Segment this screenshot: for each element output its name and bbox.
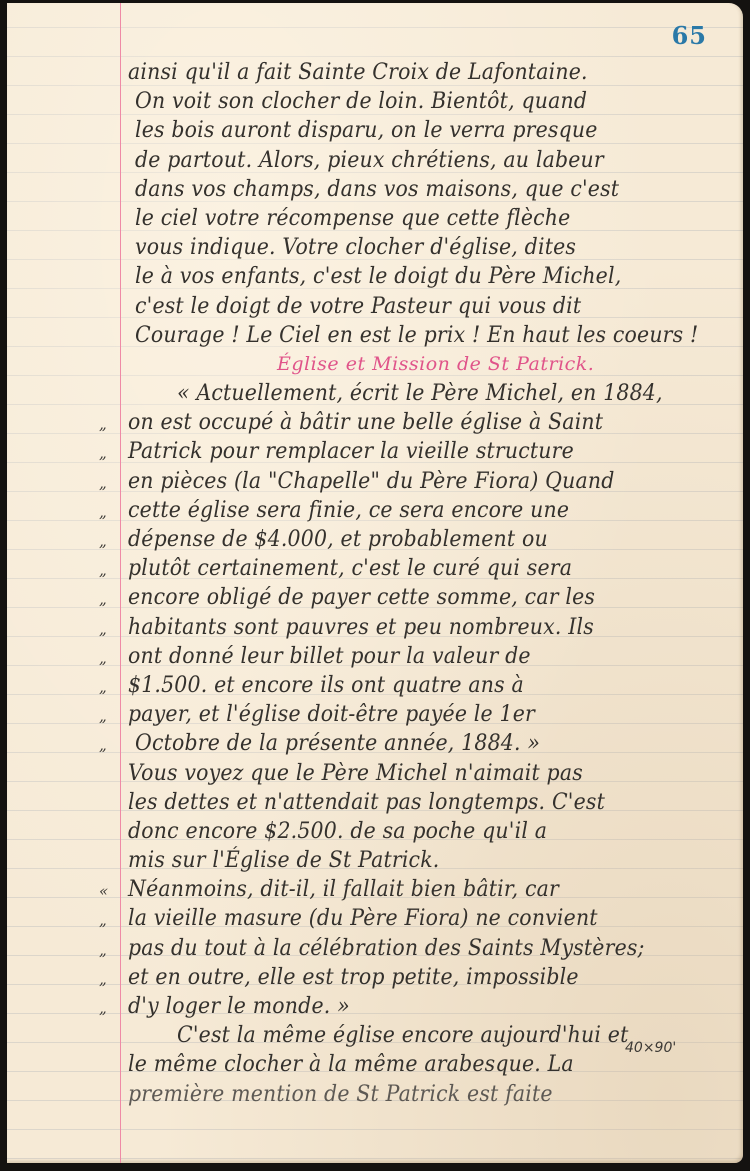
line-text: Vous voyez que le Père Michel n'aimait p… bbox=[128, 759, 583, 788]
page-number: 65 bbox=[672, 21, 707, 50]
line-text: le ciel votre récompense que cette flèch… bbox=[135, 204, 570, 233]
text-line: Courage ! Le Ciel en est le prix ! En ha… bbox=[7, 321, 743, 350]
line-text: le à vos enfants, c'est le doigt du Père… bbox=[135, 262, 621, 291]
line-text: ont donné leur billet pour la valeur de bbox=[128, 642, 531, 671]
section-heading-line: Église et Mission de St Patrick. bbox=[7, 350, 743, 379]
line-text: plutôt certainement, c'est le curé qui s… bbox=[128, 554, 572, 583]
line-text: « Actuellement, écrit le Père Michel, en… bbox=[177, 379, 663, 408]
text-line: „Patrick pour remplacer la vieille struc… bbox=[7, 437, 743, 466]
line-text: d'y loger le monde. » bbox=[128, 992, 350, 1021]
text-line: „la vieille masure (du Père Fiora) ne co… bbox=[7, 904, 743, 933]
text-line: les bois auront disparu, on le verra pre… bbox=[7, 116, 743, 145]
line-text: mis sur l'Église de St Patrick. bbox=[128, 846, 439, 875]
line-text: cette église sera finie, ce sera encore … bbox=[128, 496, 569, 525]
ditto-mark: „ bbox=[99, 615, 107, 644]
text-line: Vous voyez que le Père Michel n'aimait p… bbox=[7, 759, 743, 788]
text-line: „$1.500. et encore ils ont quatre ans à bbox=[7, 671, 743, 700]
ditto-mark: „ bbox=[99, 731, 107, 760]
line-text: dépense de $4.000, et probablement ou bbox=[128, 525, 548, 554]
text-line: On voit son clocher de loin. Bientôt, qu… bbox=[7, 87, 743, 116]
text-line: vous indique. Votre clocher d'église, di… bbox=[7, 233, 743, 262]
line-text: pas du tout à la célébration des Saints … bbox=[128, 934, 645, 963]
line-text: et en outre, elle est trop petite, impos… bbox=[128, 963, 579, 992]
ditto-mark: „ bbox=[99, 410, 107, 439]
text-line: donc encore $2.500. de sa poche qu'il a bbox=[7, 817, 743, 846]
line-text: première mention de St Patrick est faite bbox=[128, 1080, 553, 1109]
text-line: „encore obligé de payer cette somme, car… bbox=[7, 583, 743, 612]
text-line: „en pièces (la "Chapelle" du Père Fiora)… bbox=[7, 467, 743, 496]
text-line: première mention de St Patrick est faite bbox=[7, 1080, 743, 1109]
line-text: c'est le doigt de votre Pasteur qui vous… bbox=[135, 292, 581, 321]
line-text: vous indique. Votre clocher d'église, di… bbox=[135, 233, 576, 262]
line-text: donc encore $2.500. de sa poche qu'il a bbox=[128, 817, 547, 846]
ditto-mark: „ bbox=[99, 439, 107, 468]
line-text: On voit son clocher de loin. Bientôt, qu… bbox=[135, 87, 587, 116]
ditto-mark: „ bbox=[99, 469, 107, 498]
text-line: „on est occupé à bâtir une belle église … bbox=[7, 408, 743, 437]
line-text: Néanmoins, dit-il, il fallait bien bâtir… bbox=[128, 875, 559, 904]
ditto-mark: „ bbox=[99, 585, 107, 614]
line-text: Courage ! Le Ciel en est le prix ! En ha… bbox=[135, 321, 698, 350]
ditto-mark: „ bbox=[99, 906, 107, 935]
text-line: „Octobre de la présente année, 1884. » bbox=[7, 729, 743, 758]
text-line: les dettes et n'attendait pas longtemps.… bbox=[7, 788, 743, 817]
ditto-mark: „ bbox=[99, 936, 107, 965]
ditto-mark: „ bbox=[99, 994, 107, 1023]
line-text: payer, et l'église doit-être payée le 1e… bbox=[128, 700, 535, 729]
line-text: le même clocher à la même arabesque. La bbox=[128, 1050, 574, 1079]
line-text: dans vos champs, dans vos maisons, que c… bbox=[135, 175, 619, 204]
line-text: la vieille masure (du Père Fiora) ne con… bbox=[128, 904, 598, 933]
ditto-mark: „ bbox=[99, 556, 107, 585]
line-text: Patrick pour remplacer la vieille struct… bbox=[128, 437, 574, 466]
text-line: dans vos champs, dans vos maisons, que c… bbox=[7, 175, 743, 204]
text-line: „cette église sera finie, ce sera encore… bbox=[7, 496, 743, 525]
line-text: C'est la même église encore aujourd'hui … bbox=[177, 1021, 629, 1050]
line-text: habitants sont pauvres et peu nombreux. … bbox=[128, 613, 594, 642]
ditto-mark: „ bbox=[99, 644, 107, 673]
line-text: en pièces (la "Chapelle" du Père Fiora) … bbox=[128, 467, 615, 496]
dimension-annotation: 40×90' bbox=[625, 1034, 676, 1063]
line-text: ainsi qu'il a fait Sainte Croix de Lafon… bbox=[128, 58, 588, 87]
notebook-page: 65 ainsi qu'il a fait Sainte Croix de La… bbox=[7, 3, 743, 1163]
line-text: les bois auront disparu, on le verra pre… bbox=[135, 116, 598, 145]
text-line: le ciel votre récompense que cette flèch… bbox=[7, 204, 743, 233]
text-line: „et en outre, elle est trop petite, impo… bbox=[7, 963, 743, 992]
line-text: Octobre de la présente année, 1884. » bbox=[135, 729, 540, 758]
text-line: de partout. Alors, pieux chrétiens, au l… bbox=[7, 146, 743, 175]
text-line: „habitants sont pauvres et peu nombreux.… bbox=[7, 613, 743, 642]
text-line: «Néanmoins, dit-il, il fallait bien bâti… bbox=[7, 875, 743, 904]
text-line: „d'y loger le monde. » bbox=[7, 992, 743, 1021]
line-text: $1.500. et encore ils ont quatre ans à bbox=[128, 671, 524, 700]
text-line: ainsi qu'il a fait Sainte Croix de Lafon… bbox=[7, 58, 743, 87]
text-line: mis sur l'Église de St Patrick. bbox=[7, 846, 743, 875]
line-text: encore obligé de payer cette somme, car … bbox=[128, 583, 595, 612]
ditto-mark: „ bbox=[99, 702, 107, 731]
text-line: „dépense de $4.000, et probablement ou bbox=[7, 525, 743, 554]
text-line: „ont donné leur billet pour la valeur de bbox=[7, 642, 743, 671]
ditto-mark: „ bbox=[99, 498, 107, 527]
ditto-mark: „ bbox=[99, 673, 107, 702]
text-line: « Actuellement, écrit le Père Michel, en… bbox=[7, 379, 743, 408]
ditto-mark: „ bbox=[99, 965, 107, 994]
text-line: „payer, et l'église doit-être payée le 1… bbox=[7, 700, 743, 729]
text-line: 40×90'le même clocher à la même arabesqu… bbox=[7, 1050, 743, 1079]
section-heading: Église et Mission de St Patrick. bbox=[277, 350, 594, 379]
ditto-mark: „ bbox=[99, 527, 107, 556]
line-text: on est occupé à bâtir une belle église à… bbox=[128, 408, 603, 437]
text-line: „plutôt certainement, c'est le curé qui … bbox=[7, 554, 743, 583]
text-line: „pas du tout à la célébration des Saints… bbox=[7, 934, 743, 963]
line-text: les dettes et n'attendait pas longtemps.… bbox=[128, 788, 605, 817]
text-line: le à vos enfants, c'est le doigt du Père… bbox=[7, 262, 743, 291]
handwritten-text: ainsi qu'il a fait Sainte Croix de Lafon… bbox=[7, 58, 743, 1109]
text-line: c'est le doigt de votre Pasteur qui vous… bbox=[7, 292, 743, 321]
line-text: de partout. Alors, pieux chrétiens, au l… bbox=[135, 146, 604, 175]
ditto-mark: « bbox=[99, 877, 108, 906]
